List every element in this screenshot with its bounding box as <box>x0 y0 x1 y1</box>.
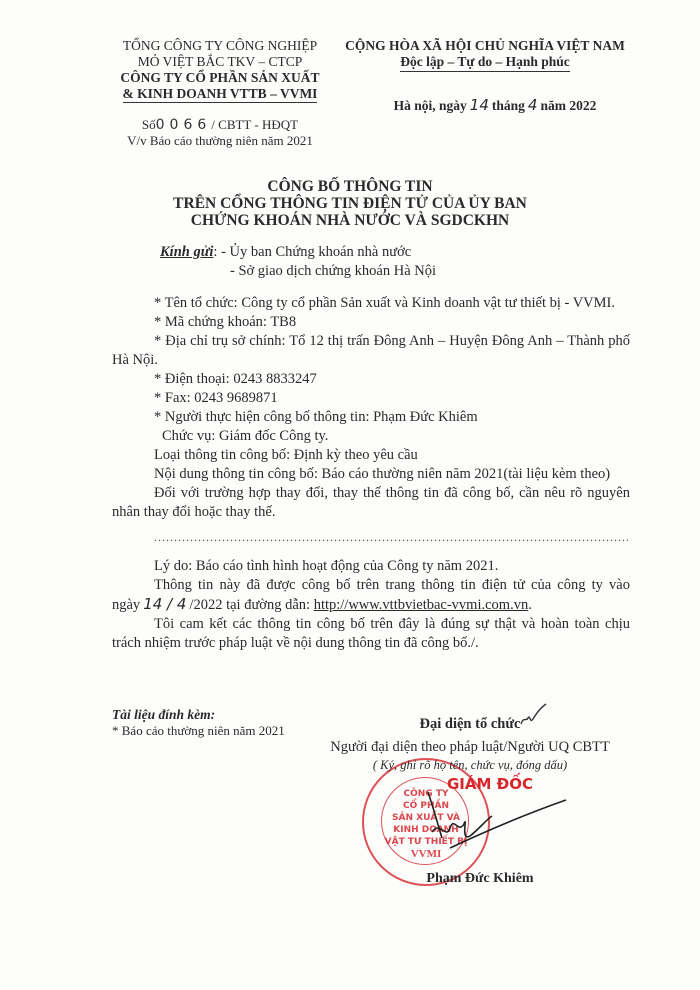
national-motto: Độc lập – Tự do – Hạnh phúc <box>400 54 570 72</box>
document-date: Hà nội, ngày14tháng4năm 2022 <box>360 96 630 114</box>
company-website-link[interactable]: http://www.vttbvietbac-vvmi.com.vn <box>314 597 529 613</box>
disclosure-body: * Tên tổ chức: Công ty cổ phần Sản xuất … <box>112 294 630 653</box>
header-left: TỔNG CÔNG TY CÔNG NGHIỆP MỎ VIỆT BẮC TKV… <box>100 38 340 103</box>
address: * Địa chỉ trụ sở chính: Tổ 12 thị trấn Đ… <box>112 332 630 370</box>
info-type: Loại thông tin công bố: Định kỳ theo yêu… <box>112 446 630 465</box>
document-subject: V/v Báo cáo thường niên năm 2021 <box>100 133 340 149</box>
handwritten-number: 0066 <box>156 117 212 133</box>
attachment-item: * Báo cáo thường niên năm 2021 <box>112 723 285 739</box>
recipient-1: - Ủy ban Chứng khoán nhà nước <box>221 244 411 260</box>
fax: * Fax: 0243 9689871 <box>112 389 630 408</box>
recipients-label: Kính gửi <box>160 244 213 260</box>
commitment: Tôi cam kết các thông tin công bố trên đ… <box>112 615 630 653</box>
document-title: CÔNG BỐ THÔNG TIN TRÊN CỔNG THÔNG TIN ĐI… <box>120 178 580 229</box>
org-name: * Tên tổ chức: Công ty cổ phần Sản xuất … <box>112 294 630 313</box>
legal-rep-label: Người đại diện theo pháp luật/Người UQ C… <box>300 739 640 756</box>
handwritten-published-date: 14 / 4 <box>140 595 189 613</box>
attachments: Tài liệu đính kèm: * Báo cáo thường niên… <box>112 707 285 739</box>
company-line1: CÔNG TY CỔ PHẦN SẢN XUẤT <box>100 70 340 86</box>
recipient-2: - Sở giao dịch chứng khoán Hà Nội <box>160 262 436 281</box>
parent-company-line2: MỎ VIỆT BẮC TKV – CTCP <box>100 54 340 70</box>
parent-company-line1: TỔNG CÔNG TY CÔNG NGHIỆP <box>100 38 340 54</box>
reason: Lý do: Báo cáo tình hình hoạt động của C… <box>112 557 630 576</box>
published-note: Thông tin này đã được công bố trên trang… <box>112 576 630 615</box>
attachments-heading: Tài liệu đính kèm: <box>112 707 285 723</box>
handwritten-month: 4 <box>525 96 541 114</box>
phone: * Điện thoại: 0243 8833247 <box>112 370 630 389</box>
discloser: * Người thực hiện công bố thông tin: Phạ… <box>112 408 630 427</box>
nation-title: CỘNG HÒA XÃ HỘI CHỦ NGHĨA VIỆT NAM <box>340 38 630 54</box>
signer-name: Phạm Đức Khiêm <box>300 871 640 887</box>
header-right: CỘNG HÒA XÃ HỘI CHỦ NGHĨA VIỆT NAM Độc l… <box>340 38 630 72</box>
info-content: Nội dung thông tin công bố: Báo cáo thườ… <box>112 465 630 484</box>
change-note: Đối với trường hợp thay đổi, thay thế th… <box>112 484 630 522</box>
representative-label: Đại diện tổ chức <box>300 716 640 733</box>
document-number: Số0066/ CBTT - HĐQT <box>100 117 340 133</box>
handwritten-day: 14 <box>467 96 492 114</box>
stock-code: * Mã chứng khoán: TB8 <box>112 313 630 332</box>
signature-instruction: ( Ký, ghi rõ họ tên, chức vụ, đóng dấu) <box>300 758 640 773</box>
position: Chức vụ: Giám đốc Công ty. <box>112 427 630 446</box>
recipients: Kính gửi: - Ủy ban Chứng khoán nhà nước … <box>160 243 436 281</box>
document-number-block: Số0066/ CBTT - HĐQT V/v Báo cáo thường n… <box>100 117 340 149</box>
company-line2: & KINH DOANH VTTB – VVMI <box>123 86 318 103</box>
handwritten-signature-icon <box>420 790 570 860</box>
dotted-line: ........................................… <box>154 528 628 547</box>
